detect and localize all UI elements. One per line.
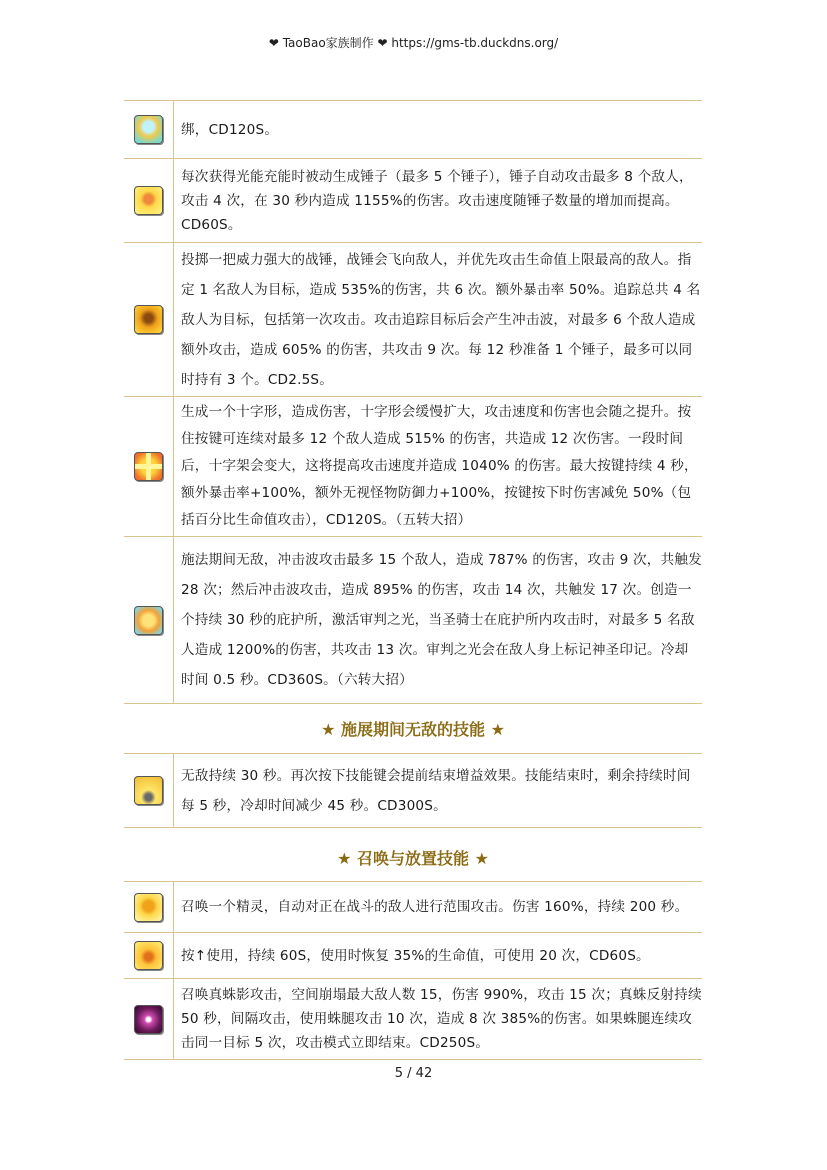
- skill-description: 召唤真蛛影攻击，空间崩塌最大敌人数 15，伤害 990%，攻击 15 次；真蛛反…: [174, 979, 702, 1059]
- skill-icon-hammer: [134, 186, 163, 215]
- table-row: 投掷一把威力强大的战锤，战锤会飞向敌人，并优先攻击生命值上限最高的敌人。指定 1…: [124, 242, 702, 396]
- table-row: 施法期间无敌，冲击波攻击最多 15 个敌人，造成 787% 的伤害，攻击 9 次…: [124, 536, 702, 704]
- skill-description: 每次获得光能充能时被动生成锤子（最多 5 个锤子），锤子自动攻击最多 8 个敌人…: [174, 159, 702, 242]
- skill-description: 召唤一个精灵，自动对正在战斗的敌人进行范围攻击。伤害 160%，持续 200 秒…: [174, 882, 702, 932]
- skill-icon-sanctuary: [134, 606, 163, 635]
- table-row: 召唤一个精灵，自动对正在战斗的敌人进行范围攻击。伤害 160%，持续 200 秒…: [124, 881, 702, 932]
- skill-icon-spider-eye: [134, 1005, 163, 1034]
- skill-icon-invincible: [134, 776, 163, 805]
- skill-table-3: 召唤一个精灵，自动对正在战斗的敌人进行范围攻击。伤害 160%，持续 200 秒…: [124, 881, 702, 1060]
- skill-description: 无敌持续 30 秒。再次按下技能键会提前结束增益效果。技能结束时，剩余持续时间每…: [174, 754, 702, 827]
- table-row: 生成一个十字形，造成伤害，十字形会缓慢扩大，攻击速度和伤害也会随之提升。按住按键…: [124, 396, 702, 536]
- table-row: 按↑使用，持续 60S，使用时恢复 35%的生命值，可使用 20 次，CD60S…: [124, 932, 702, 978]
- skill-icon-cross: [134, 452, 163, 481]
- skill-icon-heal: [134, 941, 163, 970]
- skill-icon-spirit: [134, 893, 163, 922]
- page-header: ❤ TaoBao家族制作 ❤ https://gms-tb.duckdns.or…: [0, 34, 827, 51]
- skill-description: 绑，CD120S。: [174, 101, 702, 158]
- page-number: 5 / 42: [0, 1066, 827, 1081]
- skill-description: 施法期间无敌，冲击波攻击最多 15 个敌人，造成 787% 的伤害，攻击 9 次…: [174, 537, 702, 703]
- section-title-summon: ★ 召唤与放置技能 ★: [124, 846, 702, 869]
- section-title-invincible: ★ 施展期间无敌的技能 ★: [124, 717, 702, 740]
- skill-description: 生成一个十字形，造成伤害，十字形会缓慢扩大，攻击速度和伤害也会随之提升。按住按键…: [174, 397, 702, 536]
- skill-icon-cyan-gold: [134, 115, 163, 144]
- skill-description: 投掷一把威力强大的战锤，战锤会飞向敌人，并优先攻击生命值上限最高的敌人。指定 1…: [174, 243, 702, 396]
- skill-icon-war-hammer: [134, 305, 163, 334]
- table-row: 无敌持续 30 秒。再次按下技能键会提前结束增益效果。技能结束时，剩余持续时间每…: [124, 753, 702, 828]
- skill-table-2: 无敌持续 30 秒。再次按下技能键会提前结束增益效果。技能结束时，剩余持续时间每…: [124, 753, 702, 828]
- table-row: 召唤真蛛影攻击，空间崩塌最大敌人数 15，伤害 990%，攻击 15 次；真蛛反…: [124, 978, 702, 1060]
- table-row: 绑，CD120S。: [124, 100, 702, 158]
- skill-description: 按↑使用，持续 60S，使用时恢复 35%的生命值，可使用 20 次，CD60S…: [174, 933, 702, 978]
- skill-table-1: 绑，CD120S。 每次获得光能充能时被动生成锤子（最多 5 个锤子），锤子自动…: [124, 100, 702, 704]
- table-row: 每次获得光能充能时被动生成锤子（最多 5 个锤子），锤子自动攻击最多 8 个敌人…: [124, 158, 702, 242]
